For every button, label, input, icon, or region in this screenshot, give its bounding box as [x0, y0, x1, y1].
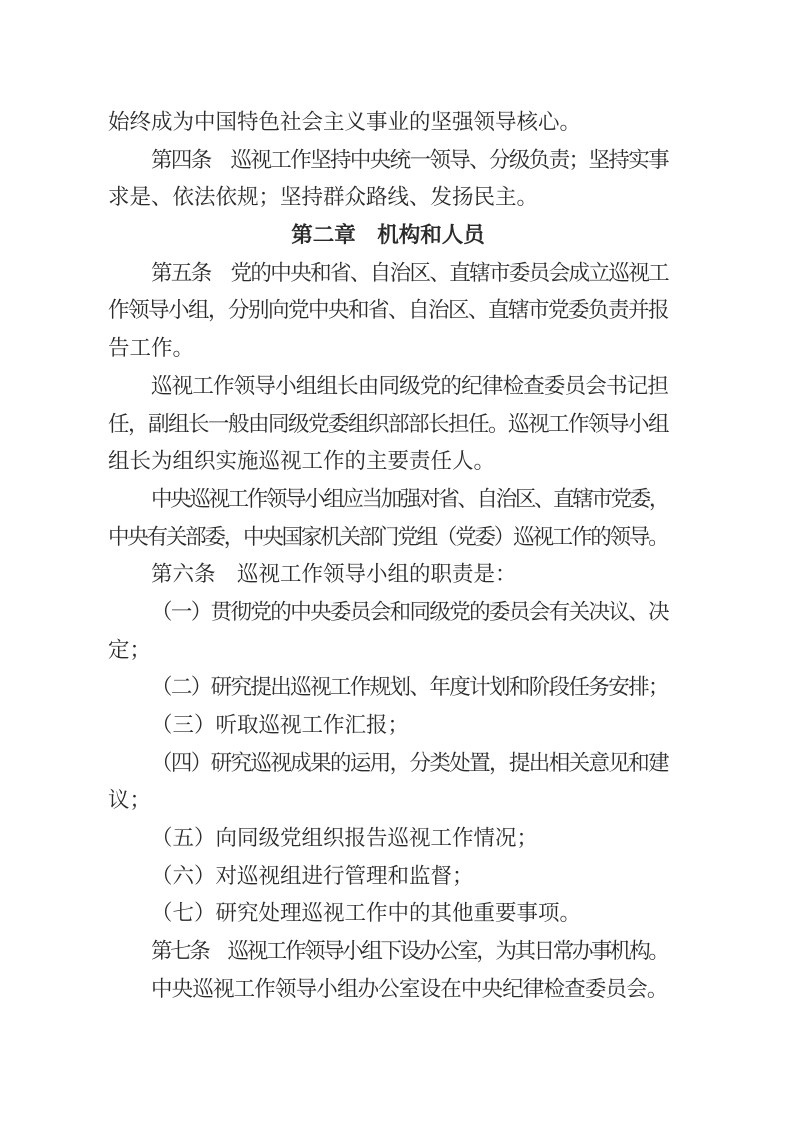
text-line: （二）研究提出巡视工作规划、年度计划和阶段任务安排；	[108, 669, 668, 707]
text-line: 第七条 巡视工作领导小组下设办公室，为其日常办事机构。	[108, 933, 668, 971]
text-line: 中央有关部委，中央国家机关部门党组（党委）巡视工作的领导。	[108, 519, 668, 557]
text-line: 第五条 党的中央和省、自治区、直辖市委员会成立巡视工	[108, 255, 668, 293]
text-line: （七）研究处理巡视工作中的其他重要事项。	[108, 895, 668, 933]
text-line: 任，副组长一般由同级党委组织部部长担任。巡视工作领导小组	[108, 406, 668, 444]
text-line: （六）对巡视组进行管理和监督；	[108, 858, 668, 896]
text-line: 中央巡视工作领导小组应当加强对省、自治区、直辖市党委，	[108, 481, 668, 519]
text-line: （五）向同级党组织报告巡视工作情况；	[108, 820, 668, 858]
chapter-heading: 第二章 机构和人员	[108, 217, 668, 255]
text-line: （一）贯彻党的中央委员会和同级党的委员会有关决议、决	[108, 594, 668, 632]
text-line: 求是、依法依规；坚持群众路线、发扬民主。	[108, 179, 668, 217]
text-line: 始终成为中国特色社会主义事业的坚强领导核心。	[108, 104, 668, 142]
text-line: 议；	[108, 782, 668, 820]
document-text-block: 始终成为中国特色社会主义事业的坚强领导核心。第四条 巡视工作坚持中央统一领导、分…	[108, 104, 668, 1009]
text-line: 告工作。	[108, 330, 668, 368]
text-line: 巡视工作领导小组组长由同级党的纪律检查委员会书记担	[108, 368, 668, 406]
text-line: 组长为组织实施巡视工作的主要责任人。	[108, 443, 668, 481]
text-line: （三）听取巡视工作汇报；	[108, 707, 668, 745]
text-line: 第六条 巡视工作领导小组的职责是：	[108, 556, 668, 594]
text-line: 定；	[108, 632, 668, 670]
text-line: 作领导小组，分别向党中央和省、自治区、直辖市党委负责并报	[108, 292, 668, 330]
text-line: 中央巡视工作领导小组办公室设在中央纪律检查委员会。	[108, 971, 668, 1009]
document-page: 始终成为中国特色社会主义事业的坚强领导核心。第四条 巡视工作坚持中央统一领导、分…	[0, 0, 793, 1122]
text-line: （四）研究巡视成果的运用，分类处置，提出相关意见和建	[108, 745, 668, 783]
text-line: 第四条 巡视工作坚持中央统一领导、分级负责；坚持实事	[108, 142, 668, 180]
